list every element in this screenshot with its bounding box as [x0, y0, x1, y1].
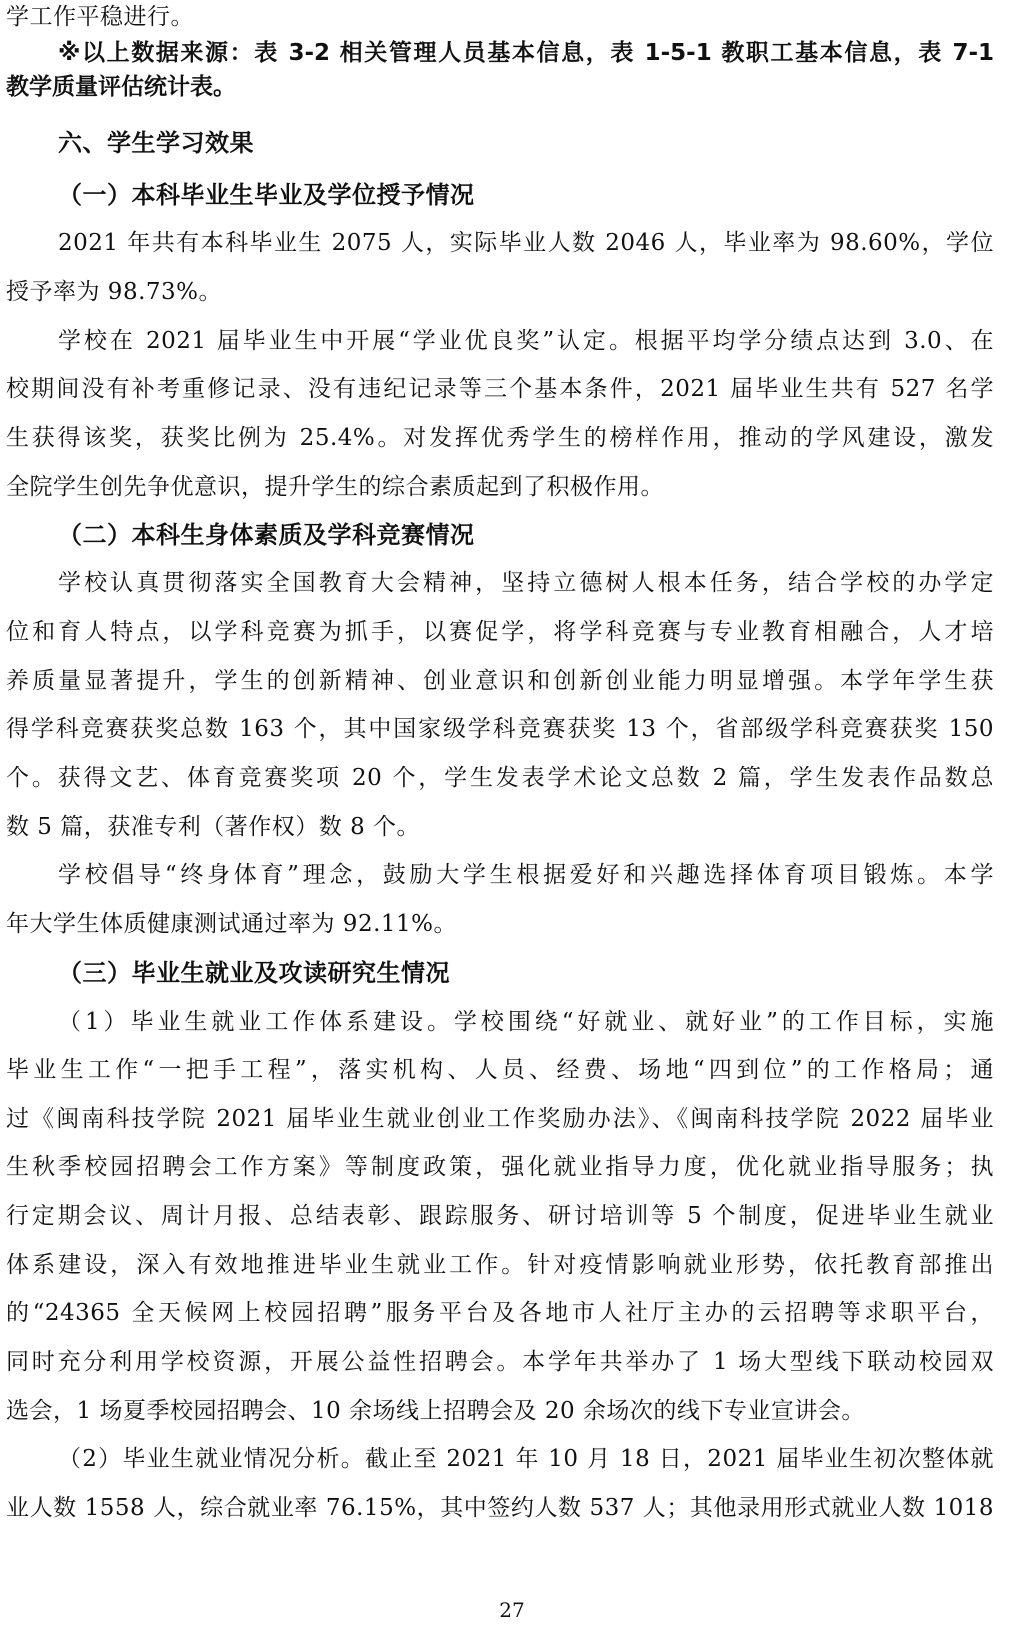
- text-line: 学校倡导“终身体育”理念，鼓励大学生根据爱好和兴趣选择体育项目锻炼。本学: [58, 860, 994, 890]
- text-line: 同时充分利用学校资源，开展公益性招聘会。本学年共举办了 1 场大型线下联动校园双: [6, 1347, 994, 1377]
- text-line: 年大学生体质健康测试通过率为 92.11%。: [6, 909, 994, 939]
- text-line: 过《闽南科技学院 2021 届毕业生就业创业工作奖励办法》、《闽南科技学院 20…: [6, 1104, 994, 1134]
- text-line: 的“24365 全天候网上校园招聘”服务平台及各地市人社厅主办的云招聘等求职平台…: [6, 1298, 994, 1328]
- section-heading: （一）本科毕业生毕业及学位授予情况: [58, 180, 994, 210]
- section-heading: 六、学生学习效果: [58, 128, 994, 158]
- text-line: 业人数 1558 人，综合就业率 76.15%，其中签约人数 537 人；其他录…: [6, 1493, 994, 1523]
- text-line: 数 5 篇，获准专利（著作权）数 8 个。: [6, 812, 994, 842]
- text-line: 授予率为 98.73%。: [6, 277, 994, 307]
- text-line: 学工作平稳进行。: [6, 2, 994, 32]
- text-line: 得学科竞赛获奖总数 163 个，其中国家级学科竞赛获奖 13 个，省部级学科竞赛…: [6, 714, 994, 744]
- text-line: 生秋季校园招聘会工作方案》等制度政策，强化就业指导力度，优化就业指导服务；执: [6, 1152, 994, 1182]
- text-line: 2021 年共有本科毕业生 2075 人，实际毕业人数 2046 人，毕业率为 …: [58, 228, 994, 258]
- text-line: 校期间没有补考重修记录、没有违纪记录等三个基本条件，2021 届毕业生共有 52…: [6, 374, 994, 404]
- section-heading: （二）本科生身体素质及学科竞赛情况: [58, 520, 994, 550]
- text-line: 教学质量评估统计表。: [6, 72, 994, 102]
- text-line: 位和育人特点，以学科竞赛为抓手，以赛促学，将学科竞赛与专业教育相融合，人才培: [6, 617, 994, 647]
- text-line: ※以上数据来源：表 3-2 相关管理人员基本信息，表 1-5-1 教职工基本信息…: [58, 38, 994, 68]
- text-line: （1）毕业生就业工作体系建设。学校围绕“好就业、就好业”的工作目标，实施: [58, 1007, 994, 1037]
- page-number: 27: [0, 1598, 1024, 1622]
- text-line: 体系建设，深入有效地推进毕业生就业工作。针对疫情影响就业形势，依托教育部推出: [6, 1250, 994, 1280]
- text-line: 学校认真贯彻落实全国教育大会精神，坚持立德树人根本任务，结合学校的办学定: [58, 568, 994, 598]
- text-line: 选会，1 场夏季校园招聘会、10 余场线上招聘会及 20 余场次的线下专业宣讲会…: [6, 1396, 994, 1426]
- text-line: 个。获得文艺、体育竞赛奖项 20 个，学生发表学术论文总数 2 篇，学生发表作品…: [6, 763, 994, 793]
- text-line: 行定期会议、周计月报、总结表彰、跟踪服务、研讨培训等 5 个制度，促进毕业生就业: [6, 1201, 994, 1231]
- text-line: 毕业生工作“一把手工程”，落实机构、人员、经费、场地“四到位”的工作格局；通: [6, 1055, 994, 1085]
- text-line: 全院学生创先争优意识，提升学生的综合素质起到了积极作用。: [6, 472, 994, 502]
- text-line: （2）毕业生就业情况分析。截止至 2021 年 10 月 18 日，2021 届…: [58, 1444, 994, 1474]
- text-line: 养质量显著提升，学生的创新精神、创业意识和创新创业能力明显增强。本学年学生获: [6, 666, 994, 696]
- section-heading: （三）毕业生就业及攻读研究生情况: [58, 958, 994, 988]
- text-line: 生获得该奖，获奖比例为 25.4%。对发挥优秀学生的榜样作用，推动的学风建设，激…: [6, 423, 994, 453]
- text-line: 学校在 2021 届毕业生中开展“学业优良奖”认定。根据平均学分绩点达到 3.0…: [58, 326, 994, 356]
